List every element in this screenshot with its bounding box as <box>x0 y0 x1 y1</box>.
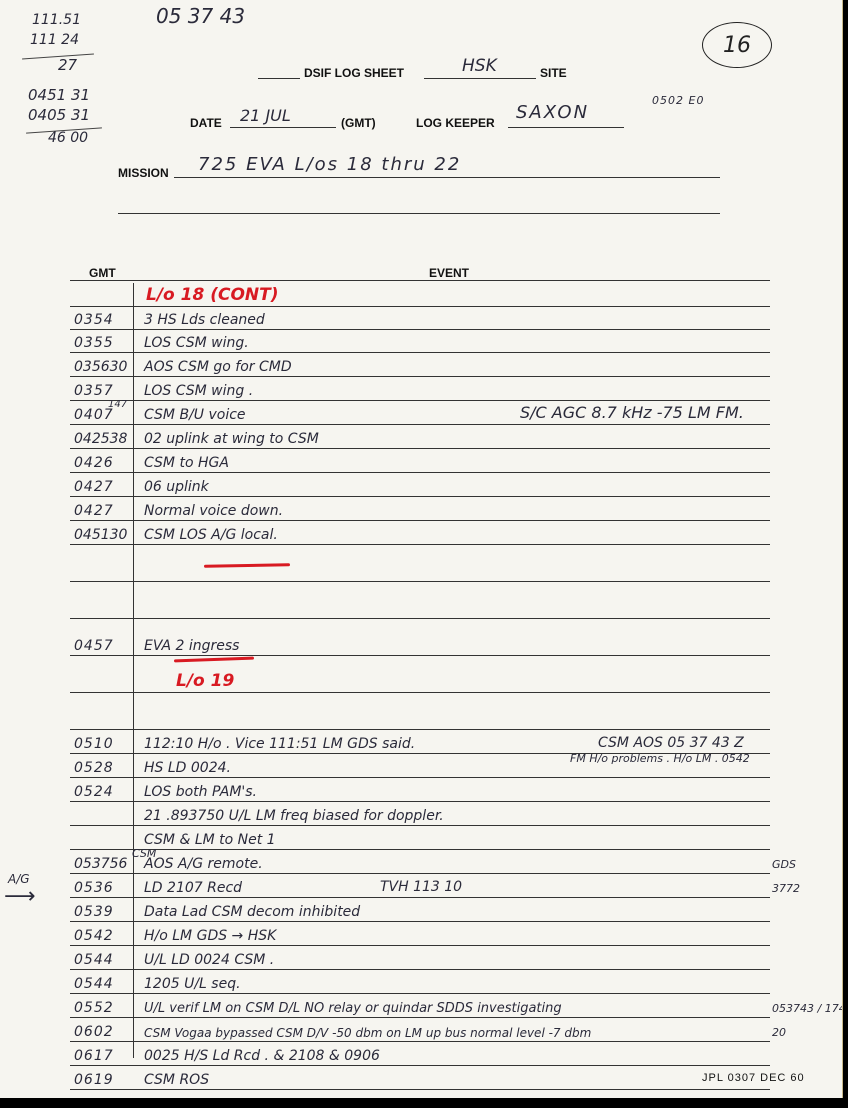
row-gmt: 0426 <box>74 455 136 471</box>
row-event: CSM to HGA <box>144 455 229 471</box>
row-event: U/L LD 0024 CSM . <box>144 952 274 968</box>
date-label: DATE <box>190 116 222 130</box>
row-gmt: 0536 <box>74 880 136 896</box>
table-row: CSM & LM to Net 1 <box>70 825 770 850</box>
table-row: 0539Data Lad CSM decom inhibited <box>70 897 770 922</box>
row-gmt-annotation: 147 <box>108 399 127 410</box>
row-event: HS LD 0024. <box>144 760 231 776</box>
row-event: 02 uplink at wing to CSM <box>144 431 319 447</box>
row-event: AOS CSM go for CMD <box>144 359 292 375</box>
section-heading: L/o 18 (CONT) <box>146 285 279 305</box>
row-margin-note: 053743 / 1743 <box>772 1002 843 1015</box>
table-row <box>70 692 770 730</box>
table-row: 05441205 U/L seq. <box>70 969 770 994</box>
table-row: 0524LOS both PAM's. <box>70 777 770 802</box>
row-event: U/L verif LM on CSM D/L NO relay or quin… <box>144 1001 562 1016</box>
mission-blank <box>174 177 720 178</box>
row-gmt: 045130 <box>74 527 136 543</box>
row-gmt: 0357 <box>74 383 136 399</box>
table-row: 0510112:10 H/o . Vice 111:51 LM GDS said… <box>70 729 770 754</box>
right-note: 0502 E0 <box>652 94 704 107</box>
table-row: 0457EVA 2 ingress <box>70 618 770 656</box>
log-keeper-label: LOG KEEPER <box>416 116 495 130</box>
table-row <box>70 581 770 619</box>
table-row: 0552U/L verif LM on CSM D/L NO relay or … <box>70 993 770 1018</box>
row-gmt: 0552 <box>74 1000 136 1016</box>
row-event: LOS both PAM's. <box>144 784 257 800</box>
row-margin-note: 3772 <box>772 882 800 895</box>
table-row <box>70 544 770 582</box>
table-row: 045130CSM LOS A/G local. <box>70 520 770 545</box>
log-keeper-blank <box>508 127 624 128</box>
table-row: 21 .893750 U/L LM freq biased for dopple… <box>70 801 770 826</box>
row-event: 112:10 H/o . Vice 111:51 LM GDS said. <box>144 736 415 752</box>
row-event: CSM ROS <box>144 1072 209 1088</box>
form-footer: JPL 0307 DEC 60 <box>702 1072 805 1084</box>
table-row: 0528HS LD 0024.FM H/o problems . H/o LM … <box>70 753 770 778</box>
row-event: LD 2107 Recd <box>144 880 242 896</box>
table-row: 0355LOS CSM wing. <box>70 329 770 353</box>
table-row: L/o 18 (CONT) <box>70 280 770 307</box>
section-heading: L/o 19 <box>176 671 234 691</box>
row-gmt: 0354 <box>74 312 136 328</box>
site-blank <box>424 78 536 79</box>
log-sheet: 111.51 111 24 27 05 37 43 0451 31 0405 3… <box>0 0 843 1098</box>
site-label: SITE <box>540 66 567 80</box>
mission-value[interactable]: 725 EVA L/os 18 thru 22 <box>198 154 461 175</box>
row-gmt: 0528 <box>74 760 136 776</box>
gmt-label: (GMT) <box>341 116 376 130</box>
row-gmt: 0524 <box>74 784 136 800</box>
row-event: CSM B/U voice <box>144 407 246 423</box>
mission-blank-2 <box>118 213 720 214</box>
page-number: 16 <box>702 22 772 68</box>
row-side-note: FM H/o problems . H/o LM . 0542 <box>570 752 750 765</box>
row-gmt: 0427 <box>74 479 136 495</box>
column-gmt: GMT <box>89 266 116 280</box>
row-gmt: 0617 <box>74 1048 136 1064</box>
row-gmt: 0457 <box>74 638 136 654</box>
date-value[interactable]: 21 JUL <box>240 106 291 125</box>
row-gmt: 053756 <box>74 856 136 872</box>
row-side-note: CSM AOS 05 37 43 Z <box>598 735 744 751</box>
calc1-b: 111 24 <box>30 32 79 48</box>
calc2-b: 0405 31 <box>28 106 90 124</box>
table-row: 06170025 H/S Ld Rcd . & 2108 & 0906 <box>70 1041 770 1066</box>
table-row: 0542H/o LM GDS → HSK <box>70 921 770 946</box>
table-row: 053756CSMAOS A/G remote.GDS <box>70 849 770 874</box>
row-event: EVA 2 ingress <box>144 638 239 654</box>
calc2-a: 0451 31 <box>28 86 90 104</box>
column-event: EVENT <box>429 266 469 280</box>
table-row: 0427Normal voice down. <box>70 496 770 521</box>
row-gmt: 0542 <box>74 928 136 944</box>
table-row: 042706 uplink <box>70 472 770 497</box>
arrow-icon: ⟶ <box>4 884 36 909</box>
prefix-blank <box>258 78 300 79</box>
row-event: 0025 H/S Ld Rcd . & 2108 & 0906 <box>144 1048 380 1064</box>
row-event: 3 HS Lds cleaned <box>144 312 265 328</box>
row-event: 21 .893750 U/L LM freq biased for dopple… <box>144 808 444 824</box>
row-margin-note: 20 <box>772 1026 786 1039</box>
table-row: 0357LOS CSM wing . <box>70 376 770 401</box>
row-event: CSM LOS A/G local. <box>144 527 278 543</box>
row-event: CSM & LM to Net 1 <box>144 832 276 848</box>
log-keeper-value[interactable]: SAXON <box>516 102 589 123</box>
top-code: 05 37 43 <box>156 4 245 28</box>
row-side-note: S/C AGC 8.7 kHz -75 LM FM. <box>520 403 744 422</box>
table-row: 04253802 uplink at wing to CSM <box>70 424 770 449</box>
row-event: Normal voice down. <box>144 503 283 519</box>
row-event: CSM Vogaa bypassed CSM D/V -50 dbm on LM… <box>144 1026 591 1040</box>
table-row: 035630AOS CSM go for CMD <box>70 352 770 377</box>
calc2-result: 46 00 <box>48 130 88 146</box>
row-margin-note: GDS <box>772 858 796 871</box>
row-event: 1205 U/L seq. <box>144 976 241 992</box>
table-row: 0544U/L LD 0024 CSM . <box>70 945 770 970</box>
form-title: DSIF LOG SHEET <box>304 66 404 80</box>
site-value[interactable]: HSK <box>462 56 497 76</box>
row-event: 06 uplink <box>144 479 209 495</box>
row-gmt: 0544 <box>74 976 136 992</box>
table-row: 0426CSM to HGA <box>70 448 770 473</box>
table-row: 0536LD 2107 RecdTVH 113 103772 <box>70 873 770 898</box>
row-event: AOS A/G remote. <box>144 856 263 872</box>
row-event: H/o LM GDS → HSK <box>144 928 276 944</box>
row-side-note: TVH 113 10 <box>380 879 462 895</box>
row-gmt: 0510 <box>74 736 136 752</box>
row-gmt: 0355 <box>74 335 136 351</box>
row-gmt: 0544 <box>74 952 136 968</box>
row-event: LOS CSM wing. <box>144 335 249 351</box>
row-event: Data Lad CSM decom inhibited <box>144 904 360 920</box>
row-gmt: 0539 <box>74 904 136 920</box>
row-gmt: 035630 <box>74 359 136 375</box>
table-row: 03543 HS Lds cleaned <box>70 306 770 330</box>
row-gmt: 0619 <box>74 1072 136 1088</box>
table-row: 0602CSM Vogaa bypassed CSM D/V -50 dbm o… <box>70 1017 770 1042</box>
calc1-result: 27 <box>58 56 77 74</box>
row-gmt: 0427 <box>74 503 136 519</box>
row-gmt: 042538 <box>74 431 136 447</box>
table-row: 0407147CSM B/U voiceS/C AGC 8.7 kHz -75 … <box>70 400 770 425</box>
mission-label: MISSION <box>118 166 169 180</box>
date-blank <box>230 127 336 128</box>
row-event: LOS CSM wing . <box>144 383 253 399</box>
table-row: 0619CSM ROS <box>70 1065 770 1090</box>
calc1-a: 111.51 <box>32 12 81 28</box>
row-gmt: 0602 <box>74 1024 136 1040</box>
